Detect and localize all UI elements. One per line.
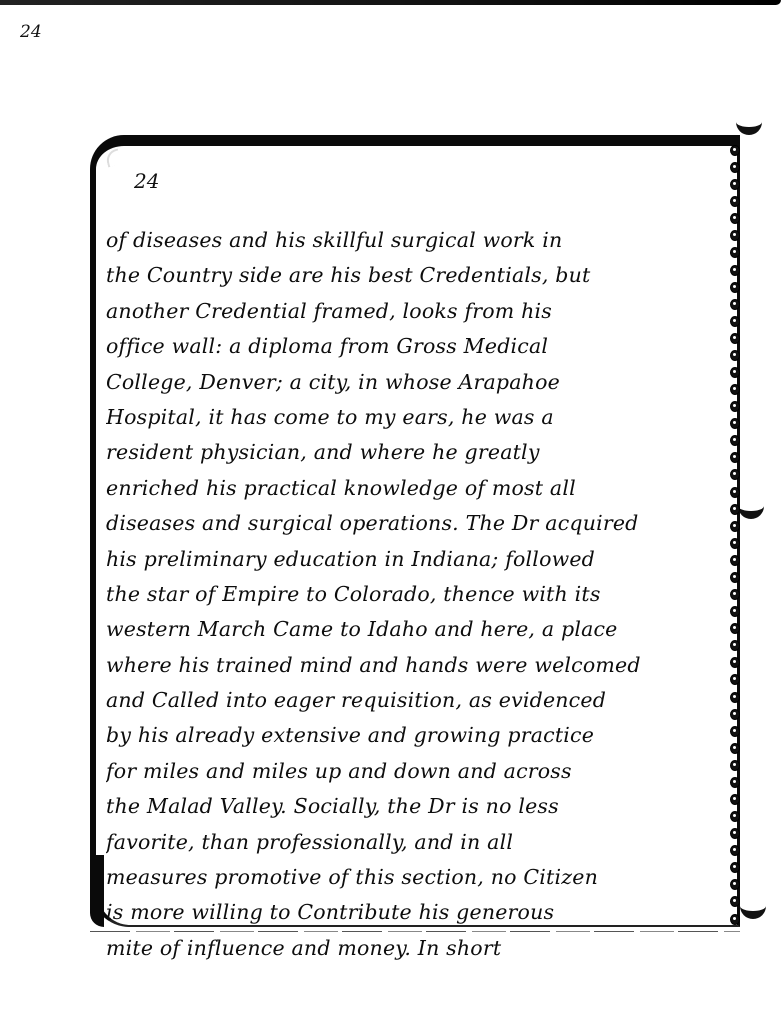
spiral-coil-icon xyxy=(730,299,740,310)
spiral-coil-icon xyxy=(730,692,740,703)
spiral-coil-icon xyxy=(730,469,740,480)
spiral-coil-icon xyxy=(730,367,740,378)
text-line: measures promotive of this section, no C… xyxy=(106,860,726,895)
spiral-coil-icon xyxy=(730,862,740,873)
corner-gloss xyxy=(104,148,122,167)
spiral-binding xyxy=(730,145,744,925)
text-line: resident physician, and where he greatly xyxy=(106,435,726,470)
spiral-coil-icon xyxy=(730,435,740,446)
spiral-coil-icon xyxy=(730,504,740,515)
spiral-coil-icon xyxy=(730,811,740,822)
text-line: the Malad Valley. Socially, the Dr is no… xyxy=(106,789,726,824)
text-line: where his trained mind and hands were we… xyxy=(106,648,726,683)
spiral-coil-icon xyxy=(730,333,740,344)
text-line: of diseases and his skillful surgical wo… xyxy=(106,223,726,258)
text-line: College, Denver; a city, in whose Arapah… xyxy=(106,365,726,400)
spiral-coil-icon xyxy=(730,265,740,276)
spiral-coil-icon xyxy=(730,743,740,754)
spiral-coil-icon xyxy=(730,401,740,412)
text-line: for miles and miles up and down and acro… xyxy=(106,754,726,789)
spiral-coil-icon xyxy=(730,794,740,805)
spiral-coil-icon xyxy=(730,418,740,429)
handwritten-text: of diseases and his skillful surgical wo… xyxy=(106,223,726,966)
spiral-hook-icon xyxy=(736,113,762,135)
text-line: is more willing to Contribute his genero… xyxy=(106,895,726,930)
spiral-coil-icon xyxy=(730,606,740,617)
spiral-coil-icon xyxy=(730,213,740,224)
spiral-coil-icon xyxy=(730,589,740,600)
spiral-coil-icon xyxy=(730,623,740,634)
text-line: and Called into eager requisition, as ev… xyxy=(106,683,726,718)
spiral-coil-icon xyxy=(730,555,740,566)
text-line: diseases and surgical operations. The Dr… xyxy=(106,506,726,541)
spiral-coil-icon xyxy=(730,896,740,907)
spiral-coil-icon xyxy=(730,162,740,173)
text-line: the Country side are his best Credential… xyxy=(106,258,726,293)
spiral-coil-icon xyxy=(730,879,740,890)
spiral-coil-icon xyxy=(730,230,740,241)
spiral-coil-icon xyxy=(730,845,740,856)
text-line: by his already extensive and growing pra… xyxy=(106,718,726,753)
spiral-coil-icon xyxy=(730,452,740,463)
spiral-coil-icon xyxy=(730,384,740,395)
scan-top-edge xyxy=(0,0,781,5)
spiral-coil-icon xyxy=(730,572,740,583)
spiral-coil-icon xyxy=(730,777,740,788)
text-line: western March Came to Idaho and here, a … xyxy=(106,612,726,647)
text-line: another Credential framed, looks from hi… xyxy=(106,294,726,329)
text-line: office wall: a diploma from Gross Medica… xyxy=(106,329,726,364)
spiral-coil-icon xyxy=(730,709,740,720)
inner-page-number: 24 xyxy=(134,169,159,193)
spiral-coil-icon xyxy=(730,640,740,651)
spiral-coil-icon xyxy=(730,487,740,498)
spiral-coil-icon xyxy=(730,350,740,361)
text-line: the star of Empire to Colorado, thence w… xyxy=(106,577,726,612)
notebook-page: 24 of diseases and his skillful surgical… xyxy=(90,135,750,931)
spiral-coil-icon xyxy=(730,726,740,737)
text-line: favorite, than professionally, and in al… xyxy=(106,825,726,860)
spiral-coil-icon xyxy=(730,828,740,839)
spiral-coil-icon xyxy=(730,145,740,156)
text-line: enriched his practical knowledge of most… xyxy=(106,471,726,506)
text-line: Hospital, it has come to my ears, he was… xyxy=(106,400,726,435)
outer-page-number: 24 xyxy=(20,22,42,42)
spiral-coil-icon xyxy=(730,914,740,925)
spiral-coil-icon xyxy=(730,760,740,771)
spiral-coil-icon xyxy=(730,538,740,549)
bottom-left-shadow xyxy=(90,855,104,927)
spiral-coil-icon xyxy=(730,282,740,293)
text-line: mite of influence and money. In short xyxy=(106,931,726,966)
spiral-coil-icon xyxy=(730,316,740,327)
spiral-coil-icon xyxy=(730,196,740,207)
text-line: his preliminary education in Indiana; fo… xyxy=(106,542,726,577)
spiral-coil-icon xyxy=(730,674,740,685)
spiral-coil-icon xyxy=(730,247,740,258)
spiral-coil-icon xyxy=(730,179,740,190)
spiral-coil-icon xyxy=(730,657,740,668)
spiral-coil-icon xyxy=(730,521,740,532)
